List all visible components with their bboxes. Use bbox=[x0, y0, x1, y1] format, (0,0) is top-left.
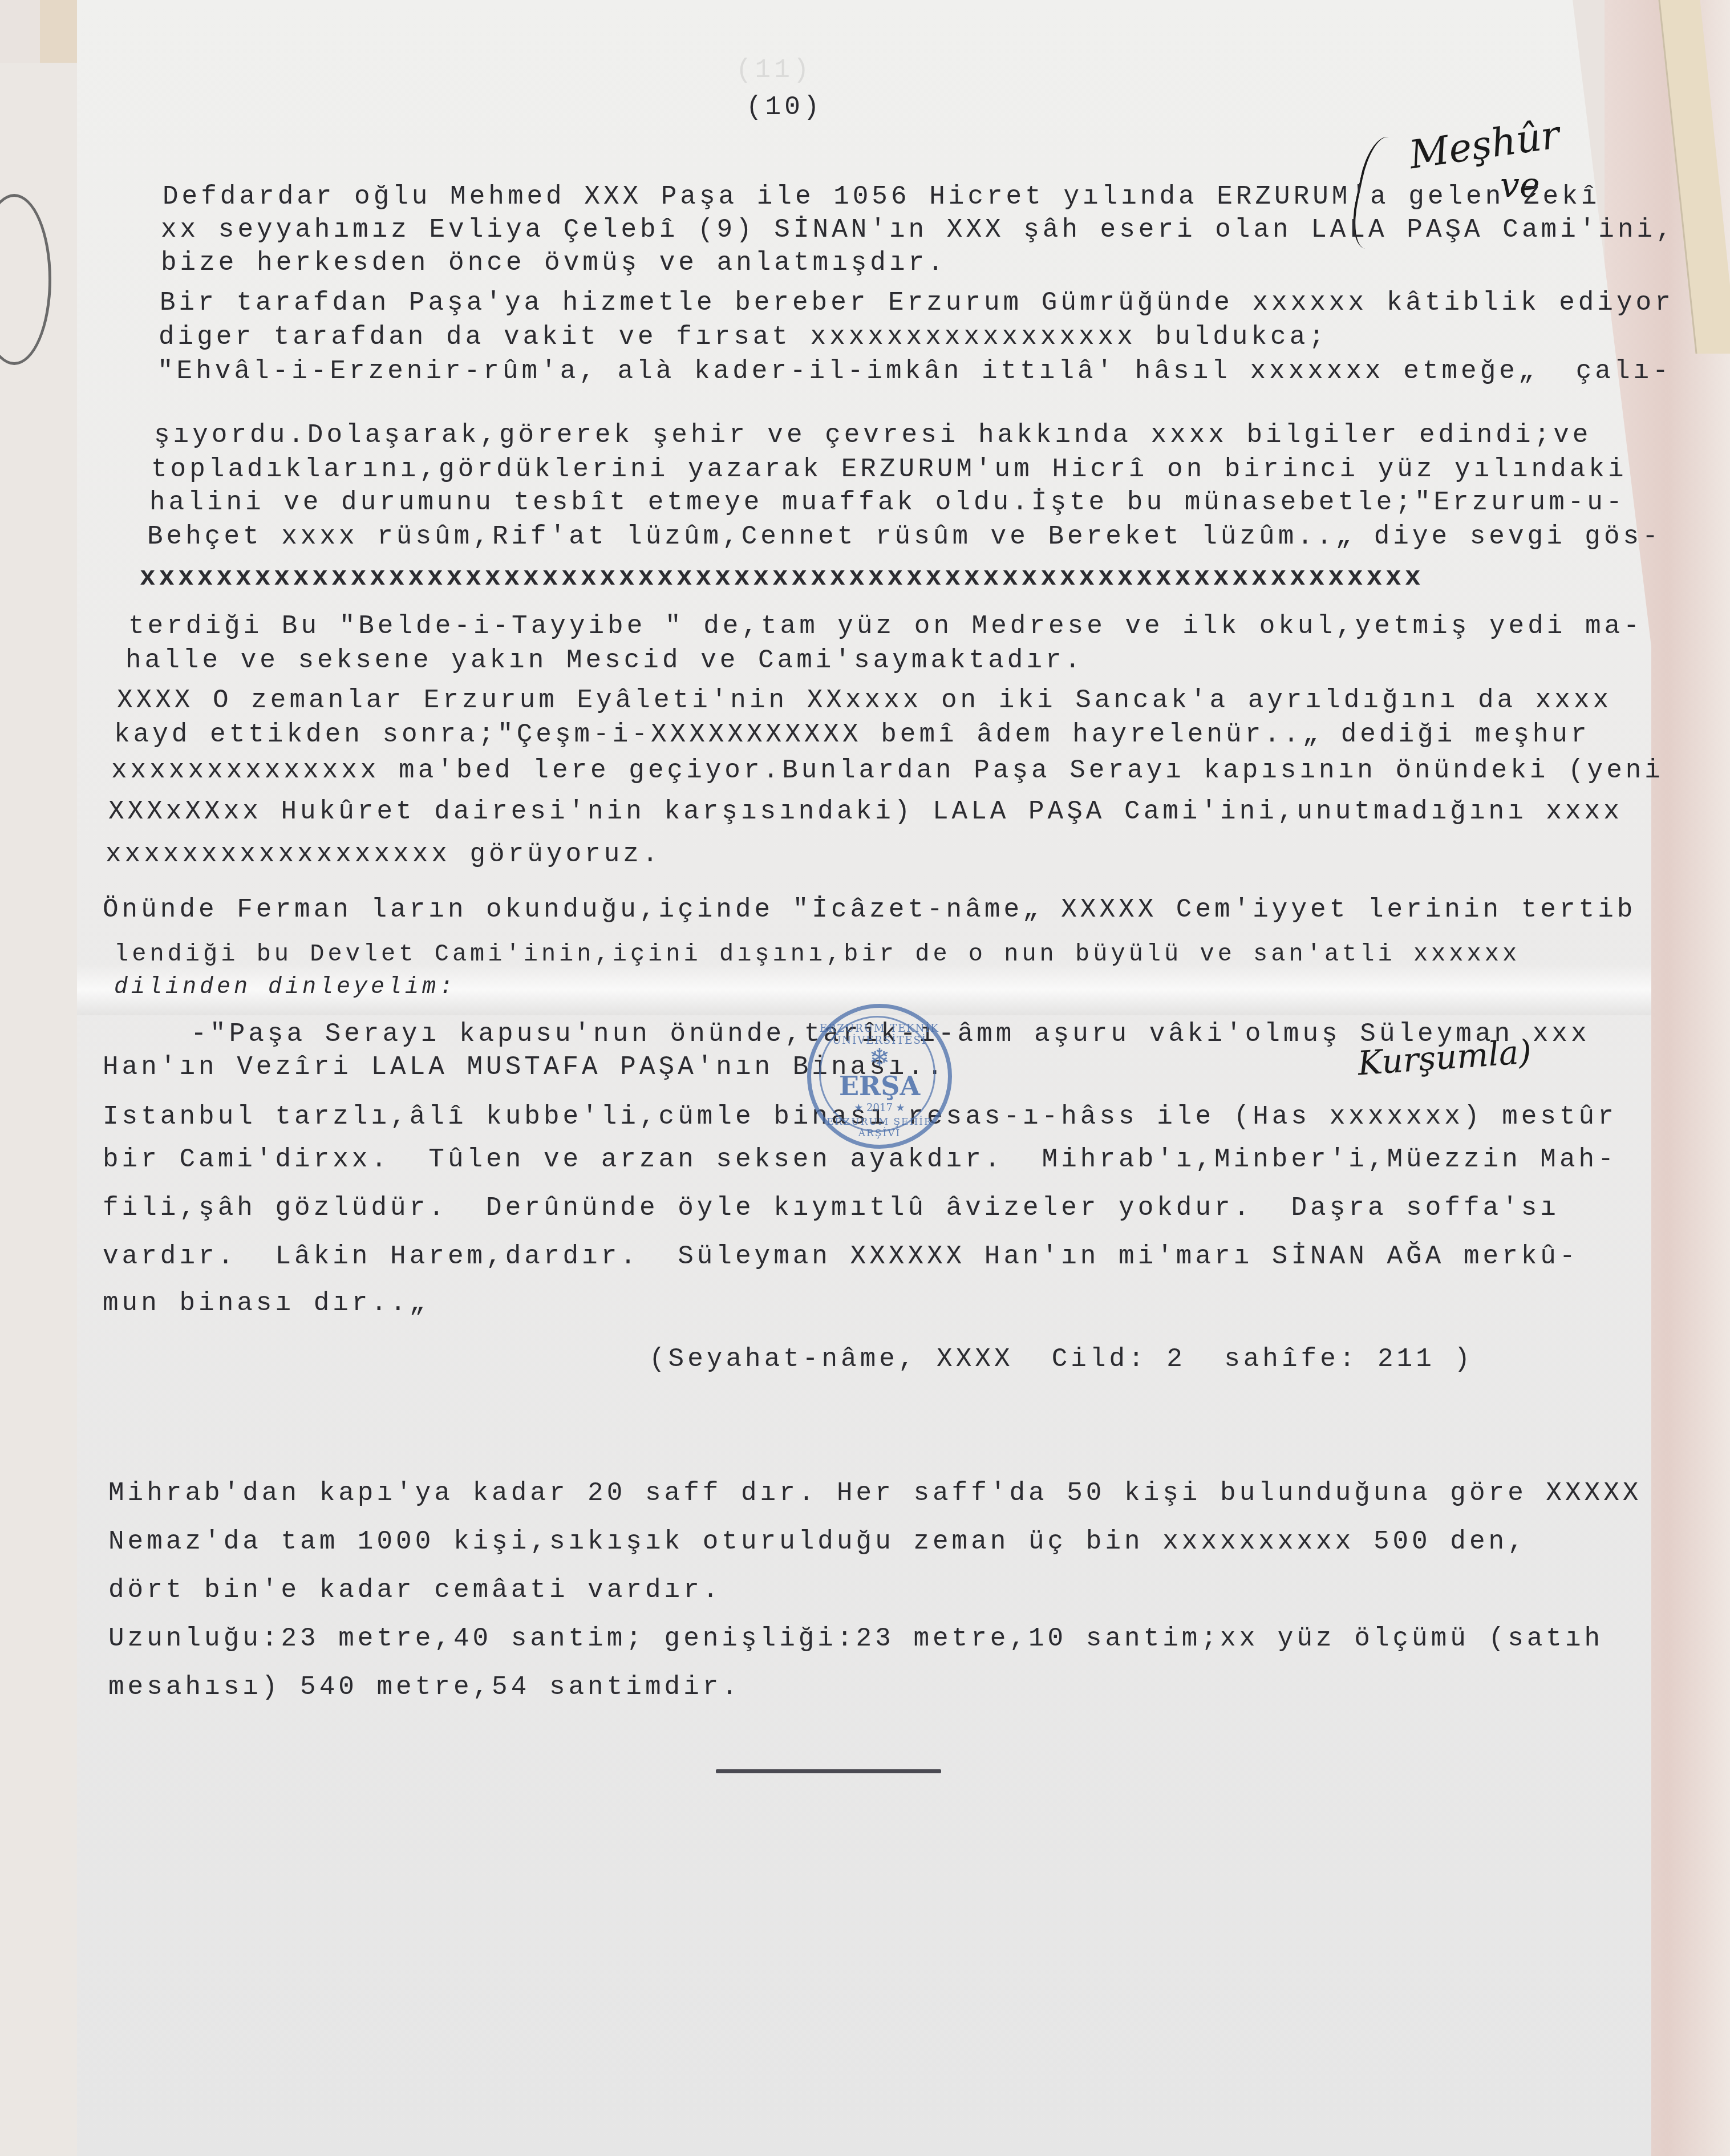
text-line: dört bin'e kadar cemâati vardır. bbox=[108, 1577, 722, 1603]
text-line: xx seyyahımız Evliya Çelebî (9) SİNAN'ın… bbox=[161, 217, 1675, 243]
text-line: halini ve durumunu tesbît etmeye muaffak… bbox=[149, 489, 1626, 516]
text-line: xxxxxxxxxxxxxxxxxx görüyoruz. bbox=[106, 841, 662, 868]
stamp-year: ★ 2017 ★ bbox=[811, 1102, 948, 1114]
text-line: lendiği bu Devlet Cami'inin,içini dışını… bbox=[114, 942, 1520, 966]
faint-page-number: (11) bbox=[736, 57, 812, 83]
text-line: Bir tarafdan Paşa'ya hizmetle bereber Er… bbox=[160, 290, 1674, 316]
text-line: Behçet xxxx rüsûm,Rif'at lüzûm,Cennet rü… bbox=[147, 524, 1662, 550]
quote-line: mun binası dır..„ bbox=[103, 1290, 428, 1316]
stamp-bottom-text: ERZURUM ŞEHİR ARŞİVİ bbox=[811, 1116, 948, 1139]
text-line: Mihrab'dan kapı'ya kadar 20 saff dır. He… bbox=[108, 1480, 1642, 1506]
text-line: mesahısı) 540 metre,54 santimdir. bbox=[108, 1674, 741, 1700]
text-line: Önünde Ferman ların okunduğu,içinde "İcâ… bbox=[103, 897, 1636, 923]
text-line: topladıklarını,gördüklerini yazarak ERZU… bbox=[151, 456, 1627, 483]
text-line: XXXX O zemanlar Erzurum Eyâleti'nin XXxx… bbox=[117, 687, 1612, 714]
adjacent-sheet bbox=[0, 63, 86, 2156]
text-line: diger tarafdan da vakit ve fırsat xxxxxx… bbox=[159, 324, 1328, 350]
text-line: kayd ettikden sonra;"Çeşm-i-XXXXXXXXXXX … bbox=[114, 722, 1590, 748]
citation: (Seyahat-nâme, XXXX Cild: 2 sahîfe: 211 … bbox=[649, 1346, 1473, 1372]
snowflake-icon: ❄ bbox=[811, 1043, 948, 1072]
text-line: bize herkesden önce övmüş ve anlatmışdır… bbox=[161, 250, 947, 276]
struck-out-line: xxxxxxxxxxxxxxxxxxxxxxxxxxxxxxxxxxxxxxxx… bbox=[140, 565, 1424, 591]
text-line: Nemaz'da tam 1000 kişi,sıkışık oturulduğ… bbox=[108, 1529, 1527, 1555]
text-line: xxxxxxxxxxxxxx ma'bed lere geçiyor.Bunla… bbox=[111, 757, 1664, 784]
quote-line: bir Cami'dirxx. Tûlen ve arzan seksen ay… bbox=[103, 1146, 1617, 1173]
quote-line: fili,şâh gözlüdür. Derûnünde öyle kıymıt… bbox=[103, 1195, 1559, 1221]
page-number: (10) bbox=[746, 94, 823, 120]
text-line: Defdardar oğlu Mehmed XXX Paşa ile 1056 … bbox=[163, 184, 1600, 210]
pencil-oval-mark bbox=[0, 194, 51, 365]
text-line: terdiği Bu "Belde-i-Tayyibe " de,tam yüz… bbox=[128, 613, 1643, 639]
text-line: XXXxXXxx Hukûret dairesi'nin karşısındak… bbox=[108, 799, 1623, 825]
archive-stamp: ERZURUM TEKNİK ÜNİVERSİTESİ ❄ ERŞA ★ 201… bbox=[807, 1004, 952, 1149]
text-line: şıyordu.Dolaşarak,görerek şehir ve çevre… bbox=[154, 422, 1591, 448]
quote-line: vardır. Lâkin Harem,dardır. Süleyman XXX… bbox=[103, 1243, 1579, 1270]
stamp-main-text: ERŞA bbox=[811, 1071, 948, 1101]
text-line: halle ve seksene yakın Mescid ve Cami'sa… bbox=[125, 647, 1084, 674]
end-rule bbox=[716, 1769, 941, 1773]
text-line: dilinden dinleyelim: bbox=[114, 976, 456, 999]
text-line: Uzunluğu:23 metre,40 santim; genişliği:2… bbox=[108, 1626, 1603, 1652]
text-line: "Ehvâl-i-Erzenir-rûm'a, alà kader-il-imk… bbox=[157, 358, 1672, 384]
